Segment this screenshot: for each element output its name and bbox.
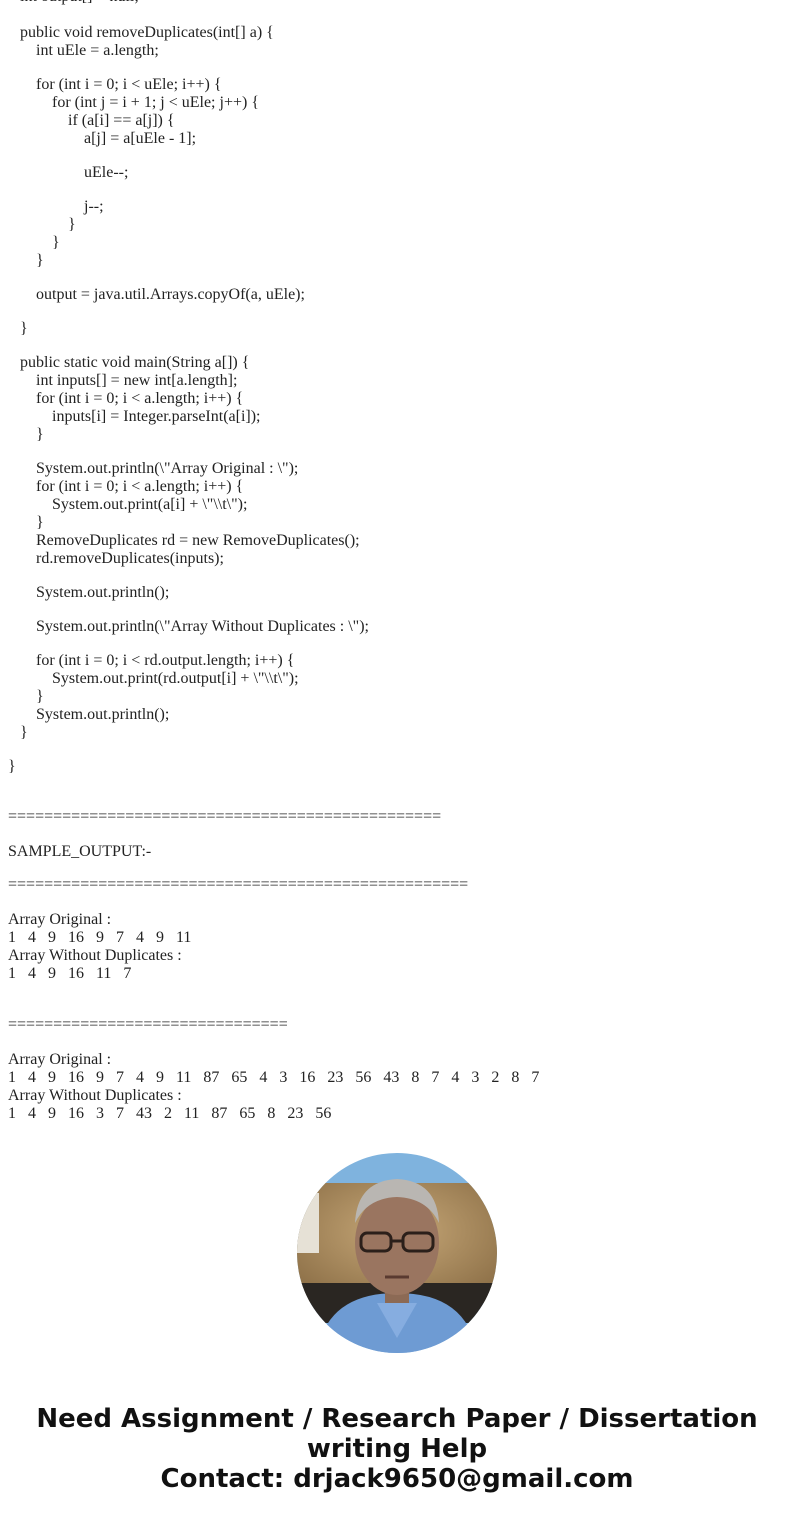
array-value: 16 (68, 965, 84, 983)
array-value: 8 (411, 1069, 419, 1087)
code-line: inputs[i] = Integer.parseInt(a[i]); (52, 408, 261, 426)
separator: ========================================… (8, 876, 468, 894)
array-value: 7 (431, 1069, 439, 1087)
code-line: } (20, 724, 28, 742)
array-value: 8 (511, 1069, 519, 1087)
array-value: 9 (48, 1105, 56, 1123)
array-value: 11 (184, 1105, 199, 1123)
cta-line-2: writing Help (0, 1434, 794, 1464)
array-value: 2 (491, 1069, 499, 1087)
code-line: for (int j = i + 1; j < uEle; j++) { (52, 94, 259, 112)
code-line: } (8, 758, 16, 776)
array-value: 65 (239, 1105, 255, 1123)
separator: =============================== (8, 1016, 288, 1034)
array-value: 1 (8, 1069, 16, 1087)
array-value: 9 (156, 1069, 164, 1087)
array-value: 11 (176, 929, 191, 947)
run1-dedup-values: 14916117 (8, 965, 143, 983)
code-line: System.out.println(); (36, 706, 169, 724)
code-line: if (a[i] == a[j]) { (68, 112, 175, 130)
array-value: 23 (327, 1069, 343, 1087)
code-line: System.out.print(rd.output[i] + \"\\t\")… (52, 670, 299, 688)
code-line: System.out.println(); (36, 584, 169, 602)
cta-line-1: Need Assignment / Research Paper / Disse… (0, 1404, 794, 1434)
code-line: j--; (84, 198, 104, 216)
code-line: int output[] = null; (20, 0, 139, 6)
array-value: 9 (96, 1069, 104, 1087)
array-value: 4 (136, 929, 144, 947)
array-value: 87 (211, 1105, 227, 1123)
author-avatar (297, 1153, 497, 1353)
code-line: } (36, 252, 44, 270)
code-line: System.out.println(\"Array Original : \"… (36, 460, 298, 478)
code-line: } (68, 216, 76, 234)
array-value: 87 (203, 1069, 219, 1087)
array-value: 7 (116, 1105, 124, 1123)
code-line: for (int i = 0; i < a.length; i++) { (36, 478, 243, 496)
run1-original-label: Array Original : (8, 911, 111, 929)
array-value: 1 (8, 1105, 16, 1123)
code-line: } (36, 688, 44, 706)
array-value: 16 (68, 1069, 84, 1087)
code-line: for (int i = 0; i < a.length; i++) { (36, 390, 243, 408)
run2-original-label: Array Original : (8, 1051, 111, 1069)
array-value: 11 (96, 965, 111, 983)
code-line: for (int i = 0; i < rd.output.length; i+… (36, 652, 294, 670)
array-value: 4 (451, 1069, 459, 1087)
array-value: 1 (8, 929, 16, 947)
array-value: 43 (383, 1069, 399, 1087)
array-value: 23 (287, 1105, 303, 1123)
array-value: 16 (68, 1105, 84, 1123)
array-value: 43 (136, 1105, 152, 1123)
array-value: 11 (176, 1069, 191, 1087)
array-value: 4 (136, 1069, 144, 1087)
array-value: 4 (28, 965, 36, 983)
array-value: 16 (68, 929, 84, 947)
run2-original-values: 14916974911876543162356438743287 (8, 1069, 551, 1087)
code-line: } (36, 426, 44, 444)
array-value: 65 (231, 1069, 247, 1087)
run2-dedup-values: 149163743211876582356 (8, 1105, 343, 1123)
code-line: a[j] = a[uEle - 1]; (84, 130, 196, 148)
array-value: 3 (279, 1069, 287, 1087)
array-value: 9 (48, 965, 56, 983)
sample-output-label: SAMPLE_OUTPUT:- (8, 843, 151, 861)
array-value: 3 (96, 1105, 104, 1123)
array-value: 4 (28, 1105, 36, 1123)
array-value: 3 (471, 1069, 479, 1087)
code-line: public static void main(String a[]) { (20, 354, 249, 372)
array-value: 7 (123, 965, 131, 983)
code-line: RemoveDuplicates rd = new RemoveDuplicat… (36, 532, 360, 550)
code-line: uEle--; (84, 164, 128, 182)
array-value: 4 (28, 929, 36, 947)
run1-dedup-label: Array Without Duplicates : (8, 947, 182, 965)
array-value: 4 (259, 1069, 267, 1087)
array-value: 16 (299, 1069, 315, 1087)
array-value: 9 (48, 1069, 56, 1087)
array-value: 1 (8, 965, 16, 983)
array-value: 56 (315, 1105, 331, 1123)
person-portrait-icon (297, 1153, 497, 1353)
array-value: 7 (116, 929, 124, 947)
run2-dedup-label: Array Without Duplicates : (8, 1087, 182, 1105)
run1-original-values: 14916974911 (8, 929, 203, 947)
array-value: 4 (28, 1069, 36, 1087)
code-line: output = java.util.Arrays.copyOf(a, uEle… (36, 286, 305, 304)
array-value: 9 (156, 929, 164, 947)
code-line: System.out.println(\"Array Without Dupli… (36, 618, 369, 636)
array-value: 9 (96, 929, 104, 947)
code-line: } (52, 234, 60, 252)
array-value: 7 (531, 1069, 539, 1087)
code-line: } (36, 514, 44, 532)
code-line: for (int i = 0; i < uEle; i++) { (36, 76, 222, 94)
separator: ========================================… (8, 808, 441, 826)
array-value: 56 (355, 1069, 371, 1087)
array-value: 9 (48, 929, 56, 947)
code-line: System.out.print(a[i] + \"\\t\"); (52, 496, 247, 514)
code-line: public void removeDuplicates(int[] a) { (20, 24, 274, 42)
array-value: 7 (116, 1069, 124, 1087)
code-line: int inputs[] = new int[a.length]; (36, 372, 237, 390)
code-line: } (20, 320, 28, 338)
code-line: int uEle = a.length; (36, 42, 159, 60)
array-value: 8 (267, 1105, 275, 1123)
array-value: 2 (164, 1105, 172, 1123)
cta-contact: Contact: drjack9650@gmail.com (0, 1464, 794, 1494)
code-line: rd.removeDuplicates(inputs); (36, 550, 224, 568)
